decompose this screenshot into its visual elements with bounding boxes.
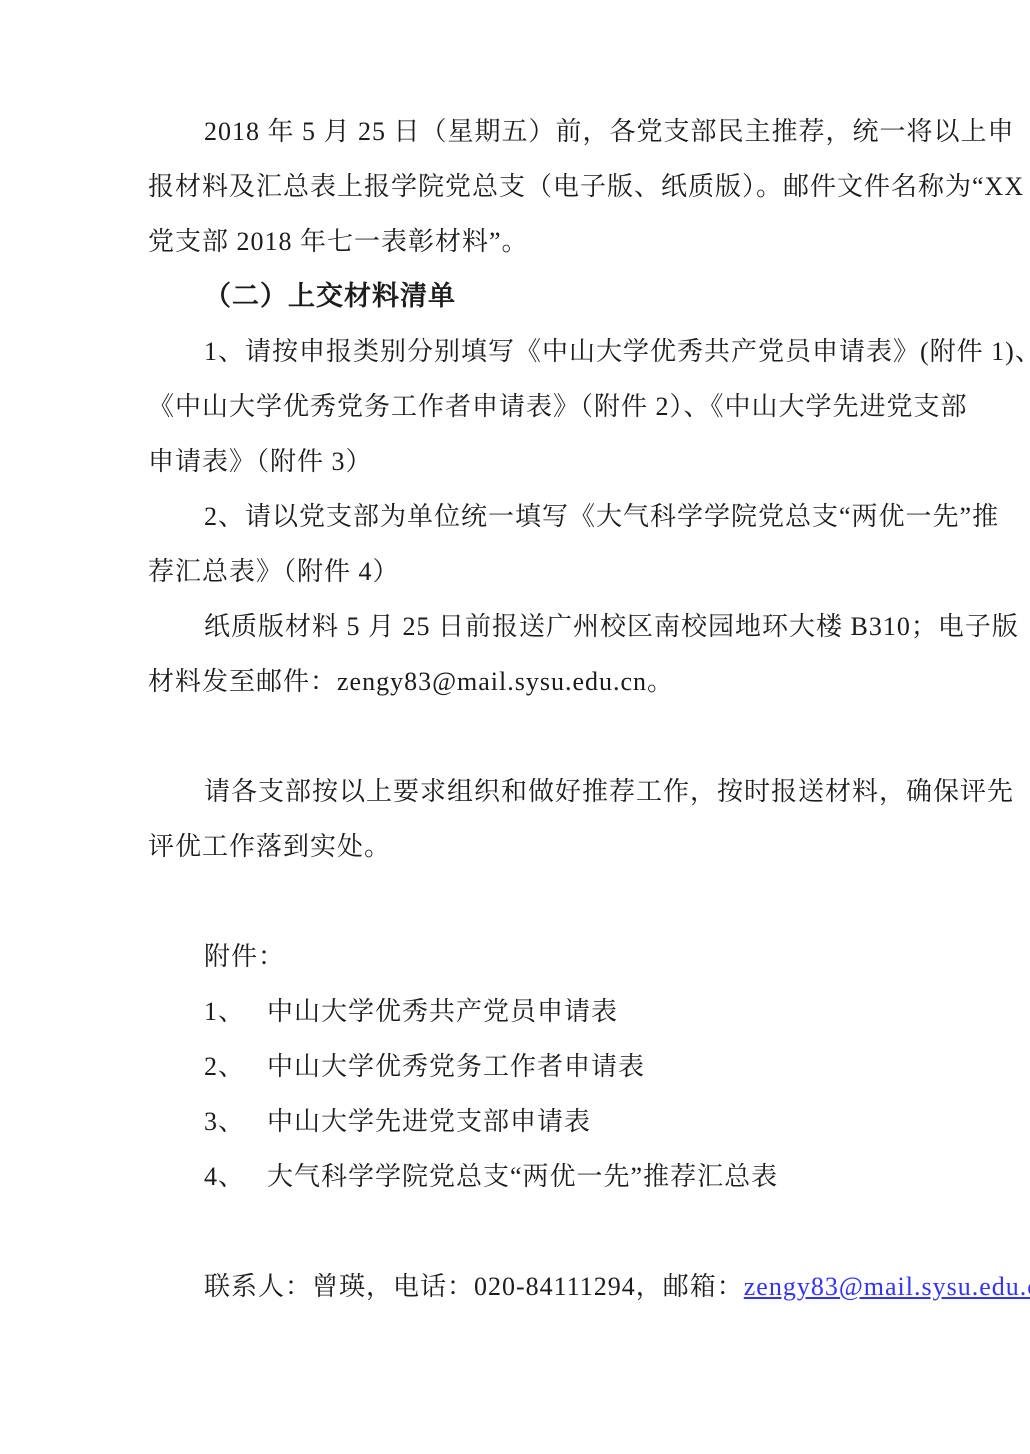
blank-line [148, 709, 940, 764]
paragraph-deadline-line-3: 党支部 2018 年七一表彰材料”。 [148, 214, 940, 269]
blank-line [148, 874, 940, 929]
attachment-title: 大气科学学院党总支“两优一先”推荐汇总表 [267, 1149, 778, 1204]
contact-info-text: 联系人：曾瑛，电话：020-84111294，邮箱： [204, 1272, 744, 1301]
attachment-title: 中山大学优秀共产党员申请表 [267, 984, 618, 1039]
paragraph-closing-line-1: 请各支部按以上要求组织和做好推荐工作，按时报送材料，确保评先 [148, 764, 940, 819]
paragraph-item1-line-3: 申请表》（附件 3） [148, 434, 940, 489]
contact-email-link[interactable]: zengy83@mail.sysu.edu.cn [744, 1272, 1030, 1301]
paragraph-delivery-line-1: 纸质版材料 5 月 25 日前报送广州校区南校园地环大楼 B310；电子版 [148, 599, 940, 654]
paragraph-item1-line-2: 《中山大学优秀党务工作者申请表》（附件 2）、《中山大学先进党支部 [148, 379, 940, 434]
paragraph-deadline-line-2: 报材料及汇总表上报学院党总支（电子版、纸质版）。邮件文件名称为“XX [148, 159, 940, 214]
paragraph-item2-line-1: 2、请以党支部为单位统一填写《大气科学学院党总支“两优一先”推 [148, 489, 940, 544]
section-heading-materials-list: （二）上交材料清单 [148, 269, 940, 324]
attachment-title: 中山大学优秀党务工作者申请表 [267, 1039, 645, 1094]
paragraph-item1-line-1: 1、请按申报类别分别填写《中山大学优秀共产党员申请表》(附件 1)、 [148, 324, 940, 379]
attachments-label: 附件： [148, 929, 940, 984]
paragraph-delivery-line-2: 材料发至邮件：zengy83@mail.sysu.edu.cn。 [148, 654, 940, 709]
paragraph-deadline-line-1: 2018 年 5 月 25 日（星期五）前，各党支部民主推荐，统一将以上申 [148, 104, 940, 159]
attachment-number: 4、 [204, 1149, 267, 1204]
attachment-number: 2、 [204, 1039, 267, 1094]
attachment-item-3: 3、 中山大学先进党支部申请表 [148, 1094, 940, 1149]
blank-line [148, 1204, 940, 1259]
paragraph-item2-line-2: 荐汇总表》（附件 4） [148, 544, 940, 599]
document-page: 2018 年 5 月 25 日（星期五）前，各党支部民主推荐，统一将以上申 报材… [0, 0, 1030, 1454]
attachment-item-4: 4、 大气科学学院党总支“两优一先”推荐汇总表 [148, 1149, 940, 1204]
attachment-number: 1、 [204, 984, 267, 1039]
document-body: 2018 年 5 月 25 日（星期五）前，各党支部民主推荐，统一将以上申 报材… [148, 104, 940, 1314]
contact-line: 联系人：曾瑛，电话：020-84111294，邮箱：zengy83@mail.s… [148, 1259, 940, 1314]
attachment-item-1: 1、 中山大学优秀共产党员申请表 [148, 984, 940, 1039]
paragraph-closing-line-2: 评优工作落到实处。 [148, 819, 940, 874]
attachment-number: 3、 [204, 1094, 267, 1149]
attachment-title: 中山大学先进党支部申请表 [267, 1094, 591, 1149]
attachment-item-2: 2、 中山大学优秀党务工作者申请表 [148, 1039, 940, 1094]
